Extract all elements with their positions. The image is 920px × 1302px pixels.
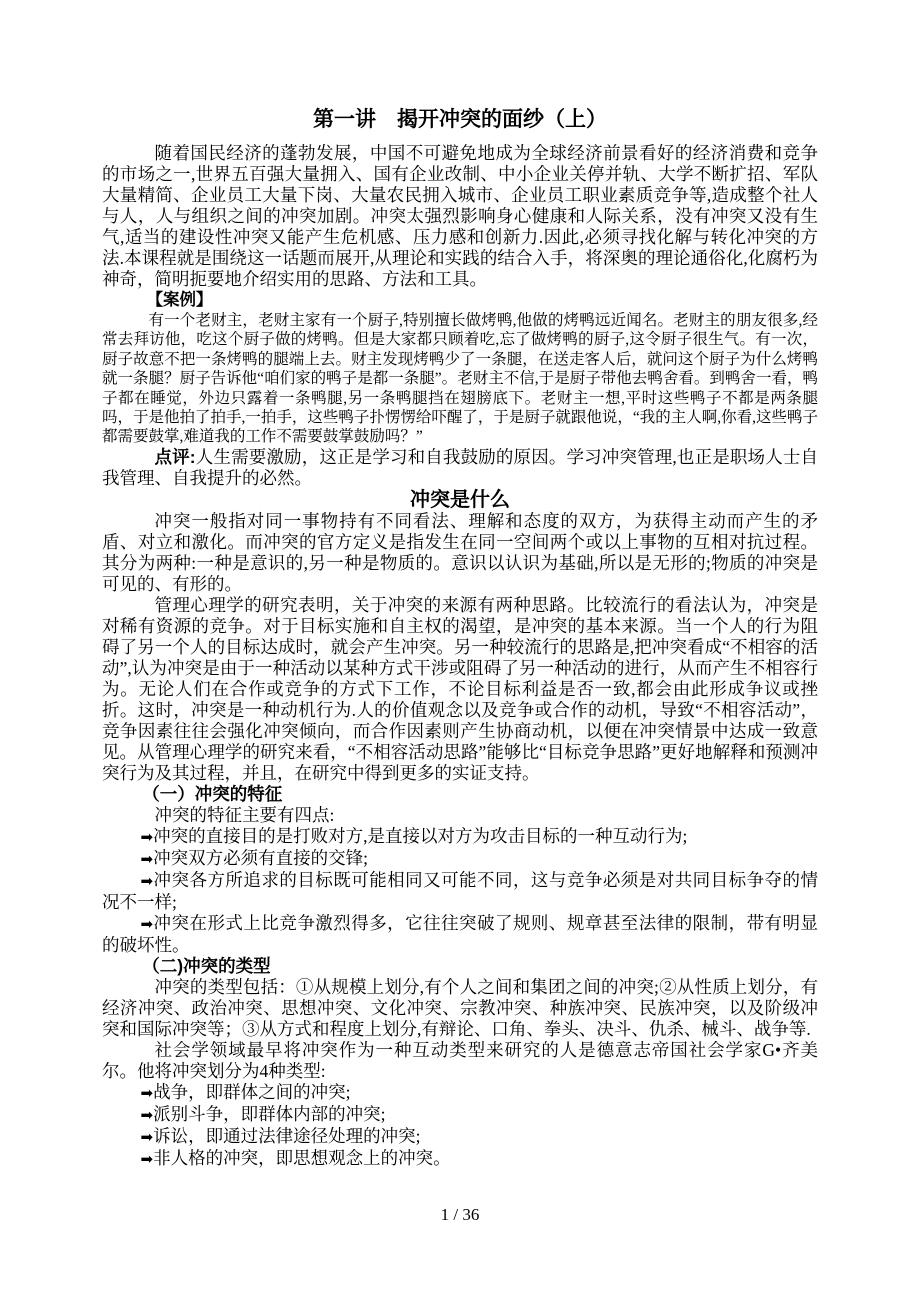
feature-bullet-1-text: 冲突的直接目的是打败对方,是直接以对方为攻击目标的一种互动行为;	[153, 826, 687, 846]
type-bullet-3: ➡诉讼，即通过法律途径处理的冲突;	[102, 1126, 818, 1148]
intro-paragraph: 随着国民经济的蓬勃发展，中国不可避免地成为全球经济前景看好的经济消费和竞争的市场…	[102, 143, 818, 290]
features-subheading: （一）冲突的特征	[102, 784, 818, 805]
type-bullet-2-text: 派别斗争，即群体内部的冲突;	[153, 1104, 385, 1124]
arrow-bullet-icon: ➡	[141, 915, 154, 933]
document-page: 第一讲 揭开冲突的面纱（上） 随着国民经济的蓬勃发展，中国不可避免地成为全球经济…	[0, 0, 920, 1302]
arrow-bullet-icon: ➡	[141, 1106, 154, 1124]
type-bullet-1-text: 战争，即群体之间的冲突;	[153, 1082, 350, 1102]
arrow-bullet-icon: ➡	[141, 1084, 154, 1102]
feature-bullet-3-text: 冲突各方所追求的目标既可能相同又可能不同，这与竞争必须是对共同目标争夺的情况不一…	[102, 870, 818, 912]
page-title: 第一讲 揭开冲突的面纱（上）	[102, 104, 818, 135]
features-intro-line: 冲突的特征主要有四点:	[102, 805, 818, 826]
types-subheading: （二)冲突的类型	[102, 956, 818, 977]
feature-bullet-2: ➡冲突双方必须有直接的交锋;	[102, 848, 818, 870]
types-classification-paragraph: 冲突的类型包括：①从规模上划分,有个人之间和集团之间的冲突;②从性质上划分，有经…	[102, 977, 818, 1040]
page-number: 1 / 36	[0, 1204, 920, 1225]
conflict-sources-paragraph: 管理心理学的研究表明，关于冲突的来源有两种思路。比较流行的看法认为，冲突是对稀有…	[102, 595, 818, 784]
type-bullet-1: ➡战争，即群体之间的冲突;	[102, 1082, 818, 1104]
comment-paragraph: 点评:人生需要激励，这正是学习和自我鼓励的原因。学习冲突管理,也正是职场人士自我…	[102, 447, 818, 489]
comment-label: 点评:	[155, 447, 196, 467]
simmel-paragraph: 社会学领域最早将冲突作为一种互动类型来研究的人是德意志帝国社会学家G•齐美尔。他…	[102, 1040, 818, 1082]
type-bullet-3-text: 诉讼，即通过法律途径处理的冲突;	[153, 1126, 420, 1146]
arrow-bullet-icon: ➡	[141, 828, 154, 846]
case-paragraph: 有一个老财主，老财主家有一个厨子,特别擅长做烤鸭,他做的烤鸭远近闻名。老财主的朋…	[102, 311, 818, 447]
arrow-bullet-icon: ➡	[141, 850, 154, 868]
arrow-bullet-icon: ➡	[141, 1128, 154, 1146]
feature-bullet-1: ➡冲突的直接目的是打败对方,是直接以对方为攻击目标的一种互动行为;	[102, 826, 818, 848]
type-bullet-4: ➡非人格的冲突，即思想观念上的冲突。	[102, 1148, 818, 1170]
feature-bullet-2-text: 冲突双方必须有直接的交锋;	[153, 848, 368, 868]
comment-text: 人生需要激励，这正是学习和自我鼓励的原因。学习冲突管理,也正是职场人士自我管理、…	[102, 447, 818, 488]
type-bullet-4-text: 非人格的冲突，即思想观念上的冲突。	[153, 1148, 451, 1168]
feature-bullet-4: ➡冲突在形式上比竞争激烈得多，它往往突破了规则、规章甚至法律的限制，带有明显的破…	[102, 913, 818, 956]
feature-bullet-3: ➡冲突各方所追求的目标既可能相同又可能不同，这与竞争必须是对共同目标争夺的情况不…	[102, 870, 818, 913]
case-label: 【案例】	[102, 290, 818, 311]
arrow-bullet-icon: ➡	[141, 872, 154, 890]
type-bullet-2: ➡派别斗争，即群体内部的冲突;	[102, 1104, 818, 1126]
definition-paragraph: 冲突一般指对同一事物持有不同看法、理解和态度的双方，为获得主动而产生的矛盾、对立…	[102, 511, 818, 595]
arrow-bullet-icon: ➡	[141, 1150, 154, 1168]
feature-bullet-4-text: 冲突在形式上比竞争激烈得多，它往往突破了规则、规章甚至法律的限制，带有明显的破坏…	[102, 913, 818, 955]
section-heading-what-is-conflict: 冲突是什么	[102, 489, 818, 511]
